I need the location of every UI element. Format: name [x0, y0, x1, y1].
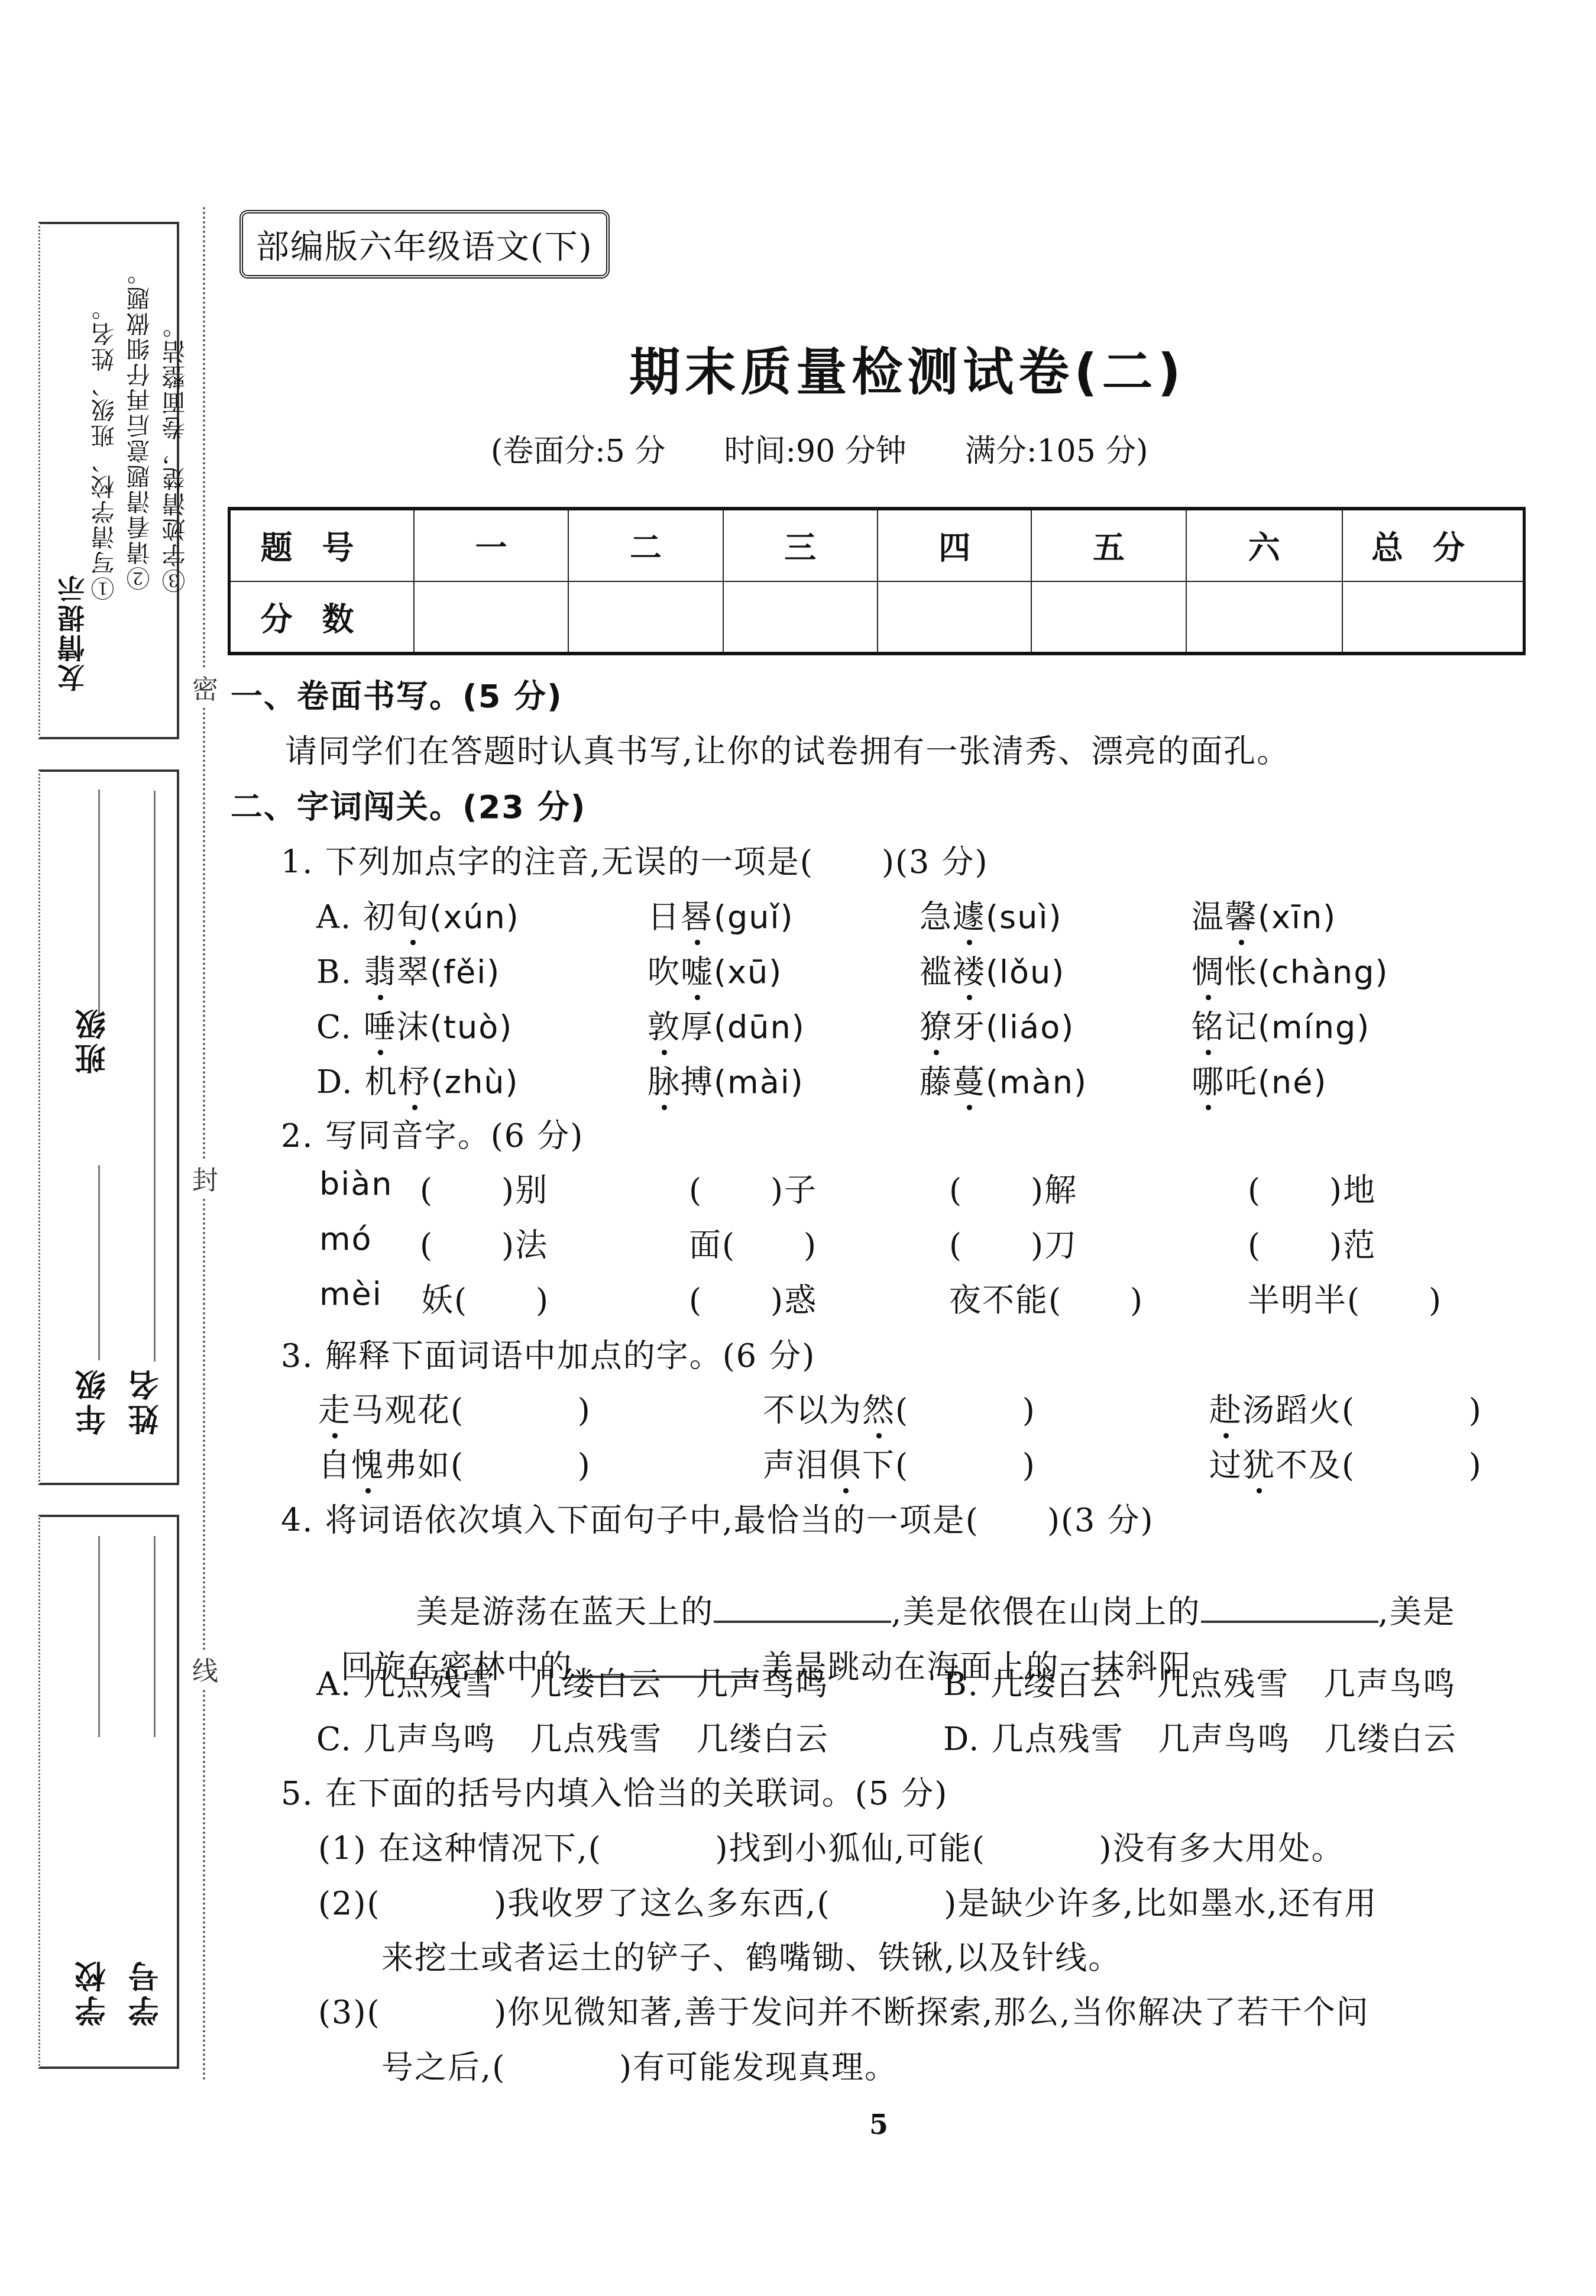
q2-pinyin: biàn — [319, 1165, 393, 1202]
class-field[interactable] — [98, 1165, 100, 1360]
q3-idiom-item: 不以为然( ) — [763, 1385, 1036, 1431]
section-1-heading: 一、卷面书写。(5 分) — [231, 671, 563, 717]
q2-blank-item[interactable]: ( )范 — [1248, 1220, 1376, 1266]
name-field[interactable] — [154, 791, 156, 1362]
word-prefix: 初 — [363, 898, 396, 936]
q2-blank-item[interactable]: 夜不能( ) — [949, 1275, 1144, 1321]
q2-blank-item[interactable]: ( )别 — [420, 1165, 548, 1211]
q1-option-b-item-2: 吹嘘(xū) — [648, 947, 782, 992]
score-cell-2[interactable] — [568, 581, 723, 654]
score-table: 题号 一 二 三 四 五 六 总分 分数 — [228, 507, 1526, 655]
pinyin: (xū) — [714, 953, 782, 991]
dotted-char: 旬 — [396, 898, 429, 936]
q5-item-3: (3)( )你见微知著,善于发问并不断探索,那么,当你解决了若干个问 — [318, 1987, 1370, 2033]
dotted-char: 铭 — [1192, 1008, 1225, 1046]
col-header-1: 一 — [414, 509, 568, 581]
q2-blank-item[interactable]: 半明半( ) — [1248, 1275, 1442, 1321]
score-cell-4[interactable] — [878, 581, 1031, 654]
dotted-char: 俱 — [829, 1447, 862, 1484]
answer-blank[interactable]: ( ) — [451, 1447, 591, 1484]
q2-blank-item[interactable]: ( )惑 — [689, 1275, 817, 1321]
q3-idiom-item: 声泪俱下( ) — [763, 1440, 1036, 1486]
idiom-suffix: 汤蹈火 — [1242, 1392, 1342, 1429]
dotted-char: 脉 — [648, 1063, 681, 1101]
q3-idiom-item: 自愧弗如( ) — [318, 1440, 591, 1486]
q4-option-d[interactable]: D. 几点残雪 几声鸟鸣 几缕白云 — [943, 1714, 1457, 1760]
exam-title: 期末质量检测试卷(二) — [0, 331, 1596, 405]
q2-blank-item[interactable]: 面( ) — [689, 1220, 817, 1266]
q1-option-d-item-1: D. 机杼(zhù) — [316, 1057, 519, 1102]
idiom-prefix: 声泪 — [763, 1447, 829, 1484]
score-cell-5[interactable] — [1031, 581, 1186, 654]
q1-option-a-item-4: 温馨(xīn) — [1192, 892, 1336, 937]
dotted-char: 敦 — [648, 1008, 681, 1046]
dotted-char: 愧 — [351, 1447, 384, 1484]
col-header-5: 五 — [1031, 509, 1186, 581]
q1-option-c-item-4: 铭记(míng) — [1192, 1002, 1370, 1047]
q1-option-c-item-1: C. 唾沫(tuò) — [316, 1002, 513, 1047]
q4-prompt: 4. 将词语依次填入下面句子中,最恰当的一项是( )(3 分) — [281, 1495, 1154, 1541]
q4-option-b[interactable]: B. 几缕白云 几点残雪 几声鸟鸣 — [943, 1659, 1456, 1705]
col-header-total: 总分 — [1342, 509, 1524, 581]
q5-item-1: (1) 在这种情况下,( )找到小狐仙,可能( )没有多大用处。 — [318, 1823, 1345, 1869]
q1-option-b-item-1: B. 翡翠(fěi) — [316, 947, 500, 992]
pinyin: (chàng) — [1258, 953, 1389, 991]
pinyin: (zhù) — [431, 1063, 519, 1101]
word-suffix: 怅 — [1225, 953, 1258, 991]
answer-blank[interactable]: ( ) — [895, 1392, 1036, 1429]
pinyin: (suì) — [986, 898, 1063, 936]
q1-option-a-item-2: 日晷(guǐ) — [648, 892, 794, 937]
pinyin: (tuò) — [430, 1008, 513, 1046]
school-field[interactable] — [98, 1536, 100, 1737]
q5-item-3-cont: 号之后,( )有可能发现真理。 — [381, 2042, 898, 2088]
dotted-char: 走 — [318, 1392, 351, 1429]
word-prefix: 温 — [1192, 898, 1225, 936]
dotted-char: 哪 — [1192, 1063, 1225, 1101]
dotted-char: 蔓 — [953, 1063, 986, 1101]
q2-blank-item[interactable]: 妖( ) — [421, 1275, 549, 1321]
seal-mark-feng: 封 — [192, 1159, 218, 1197]
section-1-text: 请同学们在答题时认真书写,让你的试卷拥有一张清秀、漂亮的面孔。 — [285, 726, 1290, 772]
dotted-char: 嘘 — [681, 953, 714, 991]
tips-title: 友情提示 — [53, 573, 92, 691]
word-prefix: 急 — [920, 898, 953, 936]
q1-option-b-item-4: 惆怅(chàng) — [1192, 947, 1389, 992]
class-label: 班级 — [71, 1005, 115, 1074]
word-prefix: 机 — [365, 1063, 398, 1101]
pinyin: (dūn) — [714, 1008, 805, 1046]
idiom-prefix: 过 — [1209, 1447, 1242, 1484]
word-suffix: 吒 — [1225, 1063, 1258, 1101]
q1-prompt: 1. 下列加点字的注音,无误的一项是( )(3 分) — [281, 837, 989, 882]
seal-mark-mi: 密 — [192, 668, 218, 706]
pinyin: (míng) — [1258, 1008, 1370, 1046]
pinyin: (liáo) — [986, 1008, 1074, 1046]
dotted-char: 遽 — [953, 898, 986, 936]
q4-option-c[interactable]: C. 几声鸟鸣 几点残雪 几缕白云 — [316, 1714, 829, 1760]
score-cell-total[interactable] — [1342, 581, 1524, 654]
word-prefix: 藤 — [920, 1063, 953, 1101]
pinyin: (màn) — [986, 1063, 1087, 1101]
answer-blank[interactable]: ( ) — [1342, 1392, 1482, 1429]
student-no-field[interactable] — [154, 1536, 156, 1737]
q1-option-c-item-2: 敦厚(dūn) — [648, 1002, 805, 1047]
seal-mark-xian: 线 — [192, 1650, 218, 1688]
dotted-char: 唾 — [364, 1008, 397, 1046]
idiom-suffix: 弗如 — [384, 1447, 451, 1484]
q1-option-d-item-4: 哪吒(né) — [1192, 1057, 1328, 1102]
q1-option-b-item-3: 褴褛(lǒu) — [920, 947, 1065, 992]
tips-line-2: ②请看清题意后再仔细做题。 — [123, 260, 157, 590]
dotted-char: 然 — [862, 1392, 895, 1429]
q2-pinyin: mèi — [319, 1275, 383, 1312]
q1-option-letter[interactable]: D. — [316, 1063, 354, 1101]
q1-option-c-item-3: 獠牙(liáo) — [920, 1002, 1074, 1047]
tips-box: 友情提示 ①写清学校、班级、姓名。 ②请看清题意后再仔细做题。 ③字迹清楚，卷面… — [38, 222, 179, 739]
student-info-box-2: 学校 学号 — [38, 1515, 179, 2069]
q1-option-d-item-2: 脉搏(mài) — [648, 1057, 804, 1102]
school-label: 学校 — [71, 1958, 115, 2026]
exam-meta: (卷面分:5 分 时间:90 分钟 满分:105 分) — [491, 426, 1148, 470]
word-prefix: 日 — [648, 898, 681, 936]
pinyin: (fěi) — [430, 953, 500, 991]
word-suffix: 搏 — [681, 1063, 714, 1101]
answer-blank[interactable]: ( ) — [451, 1392, 591, 1429]
idiom-prefix: 不以为 — [763, 1392, 862, 1429]
grade-field[interactable] — [98, 790, 100, 1014]
q2-pinyin: mó — [319, 1220, 373, 1257]
q5-item-2-cont: 来挖土或者运土的铲子、鹤嘴锄、铁锹,以及针线。 — [381, 1933, 1121, 1978]
pinyin: (mài) — [714, 1063, 804, 1101]
word-suffix: 记 — [1225, 1008, 1258, 1046]
q2-blank-item[interactable]: ( )刀 — [949, 1220, 1077, 1266]
student-info-box-1: 年级 班级 姓名 — [38, 769, 179, 1485]
answer-blank[interactable]: ( ) — [895, 1447, 1036, 1484]
pinyin: (xún) — [429, 898, 520, 936]
idiom-prefix: 自 — [318, 1447, 351, 1484]
q2-blank-item[interactable]: ( )解 — [949, 1165, 1077, 1211]
q4-option-a[interactable]: A. 几点残雪 几缕白云 几声鸟鸣 — [316, 1659, 828, 1705]
q2-blank-item[interactable]: ( )地 — [1248, 1165, 1376, 1211]
dotted-char: 赴 — [1209, 1392, 1242, 1429]
grade-label: 年级 — [71, 1366, 115, 1435]
q2-blank-item[interactable]: ( )子 — [689, 1165, 817, 1211]
col-header-2: 二 — [568, 509, 723, 581]
row-label-score: 分数 — [229, 581, 414, 654]
q2-prompt: 2. 写同音字。(6 分) — [281, 1111, 584, 1156]
page-number: 5 — [869, 2109, 888, 2140]
col-header-6: 六 — [1186, 509, 1342, 581]
col-header-4: 四 — [878, 509, 1031, 581]
pinyin: (guǐ) — [714, 898, 794, 936]
dotted-char: 晷 — [681, 898, 714, 936]
q1-option-d-item-3: 藤蔓(màn) — [920, 1057, 1087, 1102]
word-prefix: 吹 — [648, 953, 681, 991]
pinyin: (lǒu) — [986, 953, 1065, 991]
word-suffix: 沫 — [397, 1008, 430, 1046]
q5-prompt: 5. 在下面的括号内填入恰当的关联词。(5 分) — [281, 1768, 948, 1814]
q3-idiom-item: 走马观花( ) — [318, 1385, 591, 1431]
student-no-label: 学号 — [124, 1958, 169, 2026]
col-header-3: 三 — [723, 509, 878, 581]
score-cell-1[interactable] — [414, 581, 568, 654]
score-cell-3[interactable] — [723, 581, 878, 654]
dotted-char: 杼 — [398, 1063, 431, 1101]
q2-blank-item[interactable]: ( )法 — [420, 1220, 548, 1266]
series-badge: 部编版六年级语文(下) — [239, 210, 610, 279]
q3-prompt: 3. 解释下面词语中加点的字。(6 分) — [281, 1331, 815, 1376]
pinyin: (xīn) — [1258, 898, 1336, 936]
word-suffix: 牙 — [953, 1008, 986, 1046]
idiom-suffix: 马观花 — [351, 1392, 451, 1429]
score-cell-6[interactable] — [1186, 581, 1342, 654]
word-prefix: 褴 — [920, 953, 953, 991]
row-label-question-no: 题号 — [229, 509, 414, 581]
dotted-char: 褛 — [953, 953, 986, 991]
word-suffix: 翠 — [397, 953, 430, 991]
q4-blank-2[interactable] — [1201, 1595, 1378, 1623]
q1-option-letter[interactable]: B. — [316, 953, 352, 991]
q1-option-letter[interactable]: A. — [316, 898, 352, 936]
dotted-char: 獠 — [920, 1008, 953, 1046]
dotted-char: 翡 — [364, 953, 397, 991]
dotted-char: 惆 — [1192, 953, 1225, 991]
q1-option-a-item-1: A. 初旬(xún) — [316, 892, 520, 937]
idiom-suffix: 下 — [862, 1447, 895, 1484]
q1-option-letter[interactable]: C. — [316, 1008, 352, 1046]
dotted-char: 馨 — [1225, 898, 1258, 936]
pinyin: (né) — [1258, 1063, 1328, 1101]
answer-blank[interactable]: ( ) — [1342, 1447, 1482, 1484]
dotted-char: 犹 — [1242, 1447, 1275, 1484]
name-label: 姓名 — [124, 1366, 169, 1435]
q1-option-a-item-3: 急遽(suì) — [920, 892, 1063, 937]
idiom-suffix: 不及 — [1275, 1447, 1342, 1484]
seal-dotted-line — [203, 207, 205, 2082]
word-suffix: 厚 — [681, 1008, 714, 1046]
q4-text-1c: ,美是 — [1378, 1593, 1456, 1631]
q3-idiom-item: 赴汤蹈火( ) — [1209, 1385, 1482, 1431]
q3-idiom-item: 过犹不及( ) — [1209, 1440, 1482, 1486]
q5-item-2: (2)( )我收罗了这么多东西,( )是缺少许多,比如墨水,还有用 — [318, 1878, 1378, 1924]
section-2-heading: 二、字词闯关。(23 分) — [231, 782, 586, 827]
